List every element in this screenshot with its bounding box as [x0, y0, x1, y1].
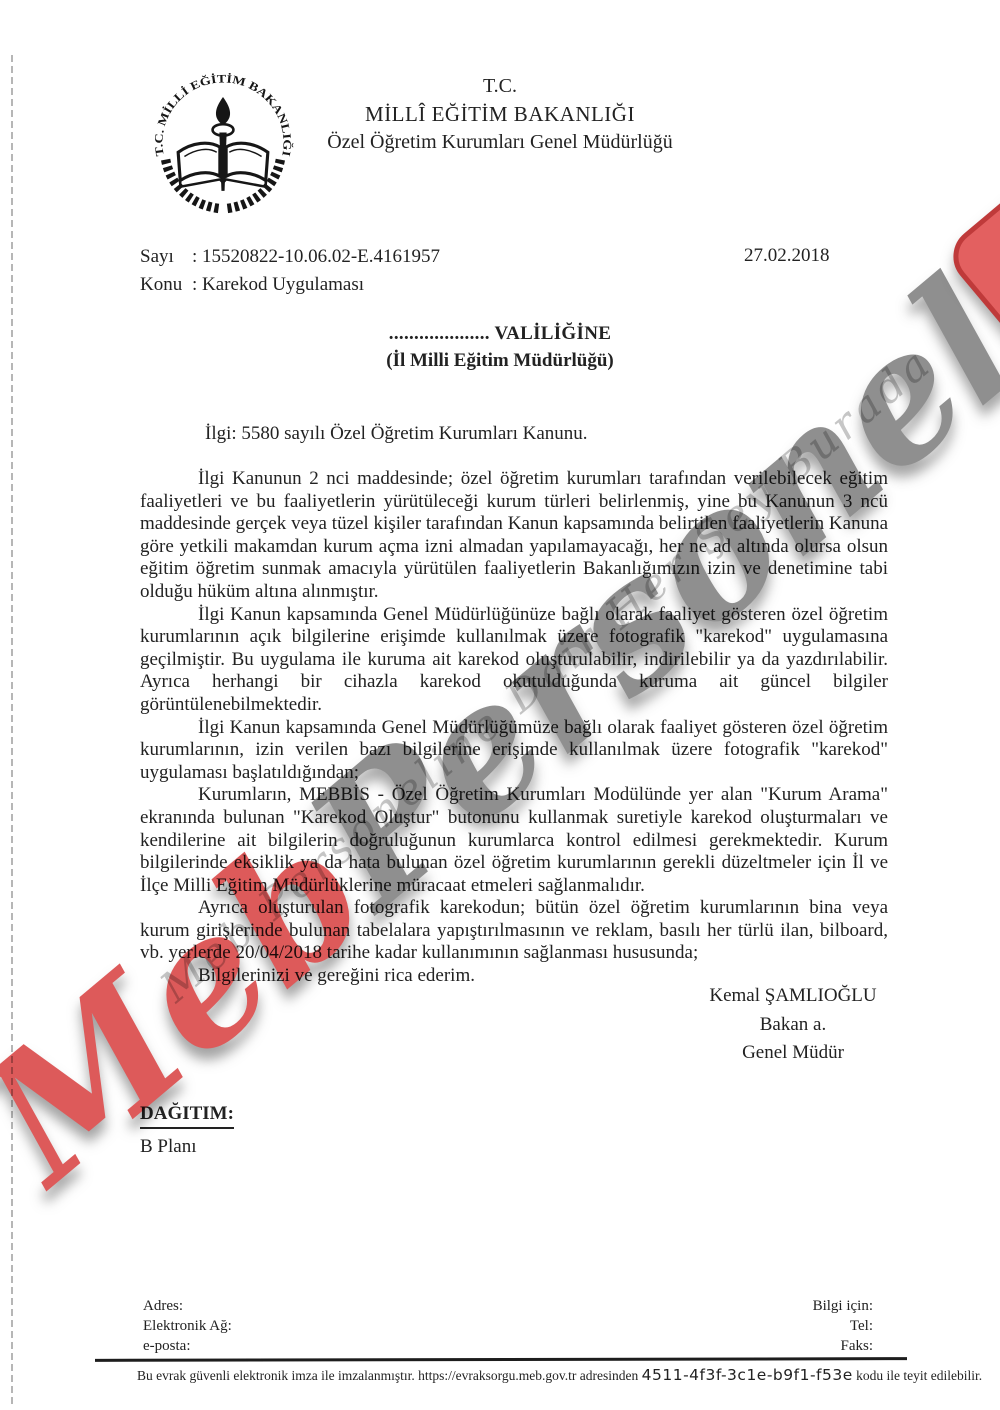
paragraph-5: Ayrıca oluşturulan fotografik karekodun;… — [140, 897, 888, 965]
konu-value: : Karekod Uygulaması — [192, 271, 364, 299]
paragraph-3: İlgi Kanun kapsamında Genel Müdürlüğümüz… — [140, 717, 888, 785]
signer-title-1: Bakan a. — [628, 1011, 958, 1040]
address-label: Adres: — [143, 1296, 232, 1316]
paragraph-4: Kurumların, MEBBİS - Özel Öğretim Kuruml… — [140, 784, 888, 897]
letterhead: T.C. MİLLÎ EĞİTİM BAKANLIĞI Özel Öğretim… — [0, 72, 1000, 156]
info-label: Bilgi için: — [813, 1296, 873, 1316]
verification-line: Bu evrak güvenli elektronik imza ile imz… — [137, 1366, 993, 1384]
letter-body: İlgi Kanunun 2 nci maddesinde; özel öğre… — [140, 468, 888, 988]
verify-suffix: kodu ile teyit edilebilir. — [856, 1368, 982, 1383]
sayi-row: Sayı : 15520822-10.06.02-E.4161957 — [140, 243, 440, 271]
contact-left-block: Adres: Elektronik Ağ: e-posta: — [143, 1296, 232, 1356]
paragraph-1: İlgi Kanunun 2 nci maddesinde; özel öğre… — [140, 468, 888, 604]
letterhead-republic: T.C. — [0, 72, 1000, 100]
konu-row: Konu : Karekod Uygulaması — [140, 271, 440, 299]
distribution-heading: DAĞITIM: — [140, 1103, 234, 1129]
verify-prefix: Bu evrak güvenli elektronik imza ile imz… — [137, 1368, 638, 1383]
footer-divider — [95, 1357, 907, 1362]
recipient-line: .................... VALİLİĞİNE — [0, 323, 1000, 345]
distribution-item: B Planı — [140, 1136, 234, 1158]
letterhead-ministry: MİLLÎ EĞİTİM BAKANLIĞI — [0, 100, 1000, 128]
fax-label: Faks: — [813, 1336, 873, 1356]
distribution-block: DAĞITIM: B Planı — [140, 1103, 234, 1158]
signature-block: Kemal ŞAMLIOĞLU Bakan a. Genel Müdür — [628, 982, 958, 1068]
sayi-value: : 15520822-10.06.02-E.4161957 — [192, 243, 440, 271]
ilgi-reference-line: İlgi: 5580 sayılı Özel Öğretim Kurumları… — [205, 423, 588, 445]
sayi-label: Sayı — [140, 243, 192, 271]
signer-title-2: Genel Müdür — [628, 1039, 958, 1068]
scan-edge-artifact — [11, 55, 13, 1405]
email-label: e-posta: — [143, 1336, 232, 1356]
tel-label: Tel: — [813, 1316, 873, 1336]
network-label: Elektronik Ağ: — [143, 1316, 232, 1336]
recipient-block: .................... VALİLİĞİNE (İl Mill… — [0, 323, 1000, 372]
signer-name: Kemal ŞAMLIOĞLU — [628, 982, 958, 1011]
document-date: 27.02.2018 — [744, 245, 830, 267]
recipient-subline: (İl Milli Eğitim Müdürlüğü) — [0, 350, 1000, 372]
contact-right-block: Bilgi için: Tel: Faks: — [813, 1296, 873, 1356]
verify-code: 4511-4f3f-3c1e-b9f1-f53e — [642, 1366, 853, 1384]
scanned-letter-page: T.C. MİLLİ EĞİTİM BAKANLIĞI T.C. — [0, 0, 1000, 1410]
paragraph-2: İlgi Kanun kapsamında Genel Müdürlüğünüz… — [140, 604, 888, 717]
letterhead-directorate: Özel Öğretim Kurumları Genel Müdürlüğü — [0, 128, 1000, 156]
konu-label: Konu — [140, 271, 192, 299]
reference-block: Sayı : 15520822-10.06.02-E.4161957 Konu … — [140, 243, 440, 299]
